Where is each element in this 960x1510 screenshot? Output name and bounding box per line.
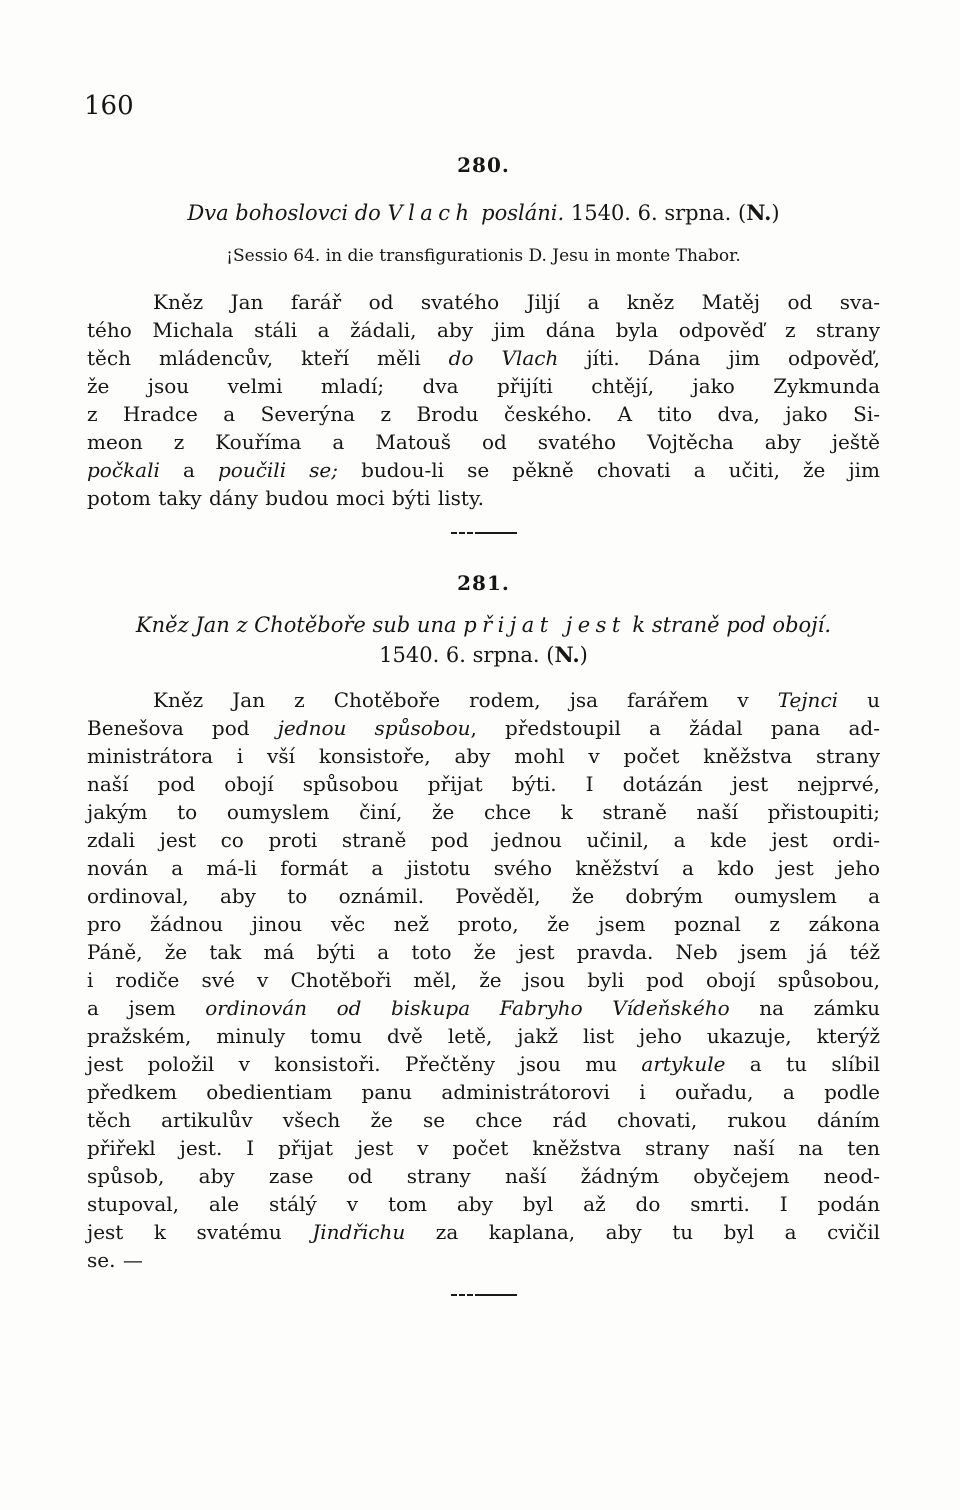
text-line: z Hradce a Severýna z Brodu českého. A t… [87, 400, 880, 428]
text-line: Kněz Jan z Chotěboře rodem, jsa farářem … [87, 686, 880, 714]
text-line: těch mládencův, kteří měli do Vlach jíti… [87, 344, 880, 372]
text-line: těch artikulův všech že se chce rád chov… [87, 1106, 880, 1134]
text-segment: jest k svatému [87, 1220, 312, 1244]
text-line: potom taky dány budou moci býti listy. [87, 484, 880, 512]
text-segment: Kněz Jan farář od svatého Jiljí a kněz M… [153, 290, 880, 314]
text-segment: na zámku [730, 996, 880, 1020]
text-segment: naší pod obojí spůsobou přijat býti. I d… [87, 772, 880, 796]
text-segment: ) [771, 201, 779, 225]
text-segment: a tu slíbil [725, 1052, 880, 1076]
text-segment: ministrátora i vší konsistoře, aby mohl … [87, 744, 880, 768]
text-segment: tého Michala stáli a žádali, aby jim dán… [87, 318, 880, 342]
text-line: Kněz Jan farář od svatého Jiljí a kněz M… [87, 288, 880, 316]
entry-280: 280. Dva bohoslovci do Vlach posláni. 15… [87, 152, 880, 512]
text-segment: meon z Kouříma a Matouš od svatého Vojtě… [87, 430, 880, 454]
divider-dash [451, 1294, 473, 1296]
text-line: ministrátora i vší konsistoře, aby mohl … [87, 742, 880, 770]
text-line: zdali jest co proti straně pod jednou uč… [87, 826, 880, 854]
text-segment: poučili se; [218, 458, 338, 482]
text-segment: z Hradce a Severýna z Brodu českého. A t… [87, 402, 880, 426]
text-segment: ordinoval, aby to oznámil. Pověděl, že d… [87, 884, 880, 908]
text-segment: k straně pod obojí. [626, 613, 831, 637]
text-segment: počkali [87, 458, 160, 482]
text-line: jest k svatému Jindřichu za kaplana, aby… [87, 1218, 880, 1246]
text-segment: spůsob, aby zase od strany naší žádným o… [87, 1164, 880, 1188]
text-line: a jsem ordinován od biskupa Fabryho Víde… [87, 994, 880, 1022]
divider-dash [451, 532, 473, 534]
text-line: jest položil v konsistoři. Přečtěny jsou… [87, 1050, 880, 1078]
text-segment: , předstoupil a žádal pana ad- [471, 716, 880, 740]
text-segment: nován a má-li formát a jistotu svého kně… [87, 856, 880, 880]
text-line: pro žádnou jinou věc než proto, že jsem … [87, 910, 880, 938]
text-line: Dva bohoslovci do Vlach posláni. 1540. 6… [87, 198, 880, 228]
text-segment: Dva bohoslovci do [187, 201, 387, 225]
text-line: že jsou velmi mladí; dva přijíti chtějí,… [87, 372, 880, 400]
text-line: pražském, minuly tomu dvě letě, jakž lis… [87, 1022, 880, 1050]
text-segment: Kněz Jan z Chotěboře sub una [136, 613, 463, 637]
divider-rule [475, 532, 517, 534]
text-segment: stupoval, ale stálý v tom aby byl až do … [87, 1192, 880, 1216]
text-segment: Páně, že tak má býti a toto že jest prav… [87, 940, 880, 964]
entry-281-heading: Kněz Jan z Chotěboře sub una přijat jest… [87, 610, 880, 670]
text-segment: posláni. [474, 201, 564, 225]
text-segment: Tejnci [778, 688, 838, 712]
text-segment: zdali jest co proti straně pod jednou uč… [87, 828, 880, 852]
text-segment: Benešova pod [87, 716, 278, 740]
text-line: počkali a poučili se; budou-li se pěkně … [87, 456, 880, 484]
text-segment: těch mládencův, kteří měli [87, 346, 449, 370]
entry-281-body: Kněz Jan z Chotěboře rodem, jsa farářem … [87, 686, 880, 1274]
entry-280-number: 280. [87, 152, 880, 178]
text-segment: přiřekl jest. I přijat jest v počet kněž… [87, 1136, 880, 1160]
entry-281: 281. Kněz Jan z Chotěboře sub una přijat… [87, 570, 880, 1274]
section-divider-bottom [87, 1292, 880, 1298]
text-segment: a jsem [87, 996, 205, 1020]
text-segment: jíti. Dána jim odpověď, [558, 346, 880, 370]
text-segment: potom taky dány budou moci býti listy. [87, 486, 484, 510]
text-segment: jest položil v konsistoři. Přečtěny jsou… [87, 1052, 641, 1076]
page-number: 160 [84, 92, 134, 120]
text-segment: N. [746, 200, 771, 225]
text-segment: N. [554, 642, 579, 667]
text-line: meon z Kouříma a Matouš od svatého Vojtě… [87, 428, 880, 456]
entry-280-session-note: ¡Sessio 64. in die transfigurationis D. … [87, 245, 880, 267]
text-line: přiřekl jest. I přijat jest v počet kněž… [87, 1134, 880, 1162]
text-segment: a [160, 458, 218, 482]
text-line: spůsob, aby zase od strany naší žádným o… [87, 1162, 880, 1190]
book-page: 160 280. Dva bohoslovci do Vlach posláni… [0, 0, 960, 1510]
text-line: stupoval, ale stálý v tom aby byl až do … [87, 1190, 880, 1218]
text-segment: Jindřichu [312, 1220, 405, 1244]
text-segment: 1540. 6. srpna. ( [379, 643, 554, 667]
entry-281-number: 281. [87, 570, 880, 596]
text-segment: budou-li se pěkně chovati a učiti, že ji… [338, 458, 880, 482]
text-segment: 1540. 6. srpna. ( [564, 201, 746, 225]
text-segment: artykule [641, 1052, 725, 1076]
text-line: Benešova pod jednou spůsobou, předstoupi… [87, 714, 880, 742]
entry-280-heading: Dva bohoslovci do Vlach posláni. 1540. 6… [87, 198, 880, 228]
text-line: ordinoval, aby to oznámil. Pověděl, že d… [87, 882, 880, 910]
entry-280-body: Kněz Jan farář od svatého Jiljí a kněz M… [87, 288, 880, 512]
text-segment: pražském, minuly tomu dvě letě, jakž lis… [87, 1024, 880, 1048]
text-segment: i rodiče své v Chotěboři měl, že jsou by… [87, 968, 880, 992]
text-line: předkem obedientiam panu administrátorov… [87, 1078, 880, 1106]
text-segment: Kněz Jan z Chotěboře rodem, jsa farářem … [153, 688, 778, 712]
text-segment: ) [580, 643, 588, 667]
text-line: nován a má-li formát a jistotu svého kně… [87, 854, 880, 882]
text-segment: předkem obedientiam panu administrátorov… [87, 1080, 880, 1104]
text-segment: Vlach [387, 201, 474, 225]
text-segment: ordinován od biskupa Fabryho Vídeňského [205, 996, 729, 1020]
text-segment: pro žádnou jinou věc než proto, že jsem … [87, 912, 880, 936]
text-line: Páně, že tak má býti a toto že jest prav… [87, 938, 880, 966]
text-segment: těch artikulův všech že se chce rád chov… [87, 1108, 880, 1132]
text-line: tého Michala stáli a žádali, aby jim dán… [87, 316, 880, 344]
text-line: 1540. 6. srpna. (N.) [87, 640, 880, 670]
text-segment: se. — [87, 1248, 143, 1272]
section-divider [87, 530, 880, 536]
text-segment: u [838, 688, 880, 712]
text-segment: do Vlach [449, 346, 559, 370]
text-line: Kněz Jan z Chotěboře sub una přijat jest… [87, 610, 880, 640]
text-segment: jakým to oumyslem činí, že chce k straně… [87, 800, 880, 824]
text-segment: za kaplana, aby tu byl a cvičil [405, 1220, 880, 1244]
text-line: naší pod obojí spůsobou přijat býti. I d… [87, 770, 880, 798]
text-segment: přijat jest [463, 613, 626, 637]
text-line: se. — [87, 1246, 880, 1274]
divider-rule [475, 1294, 517, 1296]
text-segment: že jsou velmi mladí; dva přijíti chtějí,… [87, 374, 880, 398]
text-segment: jednou spůsobou [278, 716, 471, 740]
text-line: i rodiče své v Chotěboři měl, že jsou by… [87, 966, 880, 994]
text-line: jakým to oumyslem činí, že chce k straně… [87, 798, 880, 826]
